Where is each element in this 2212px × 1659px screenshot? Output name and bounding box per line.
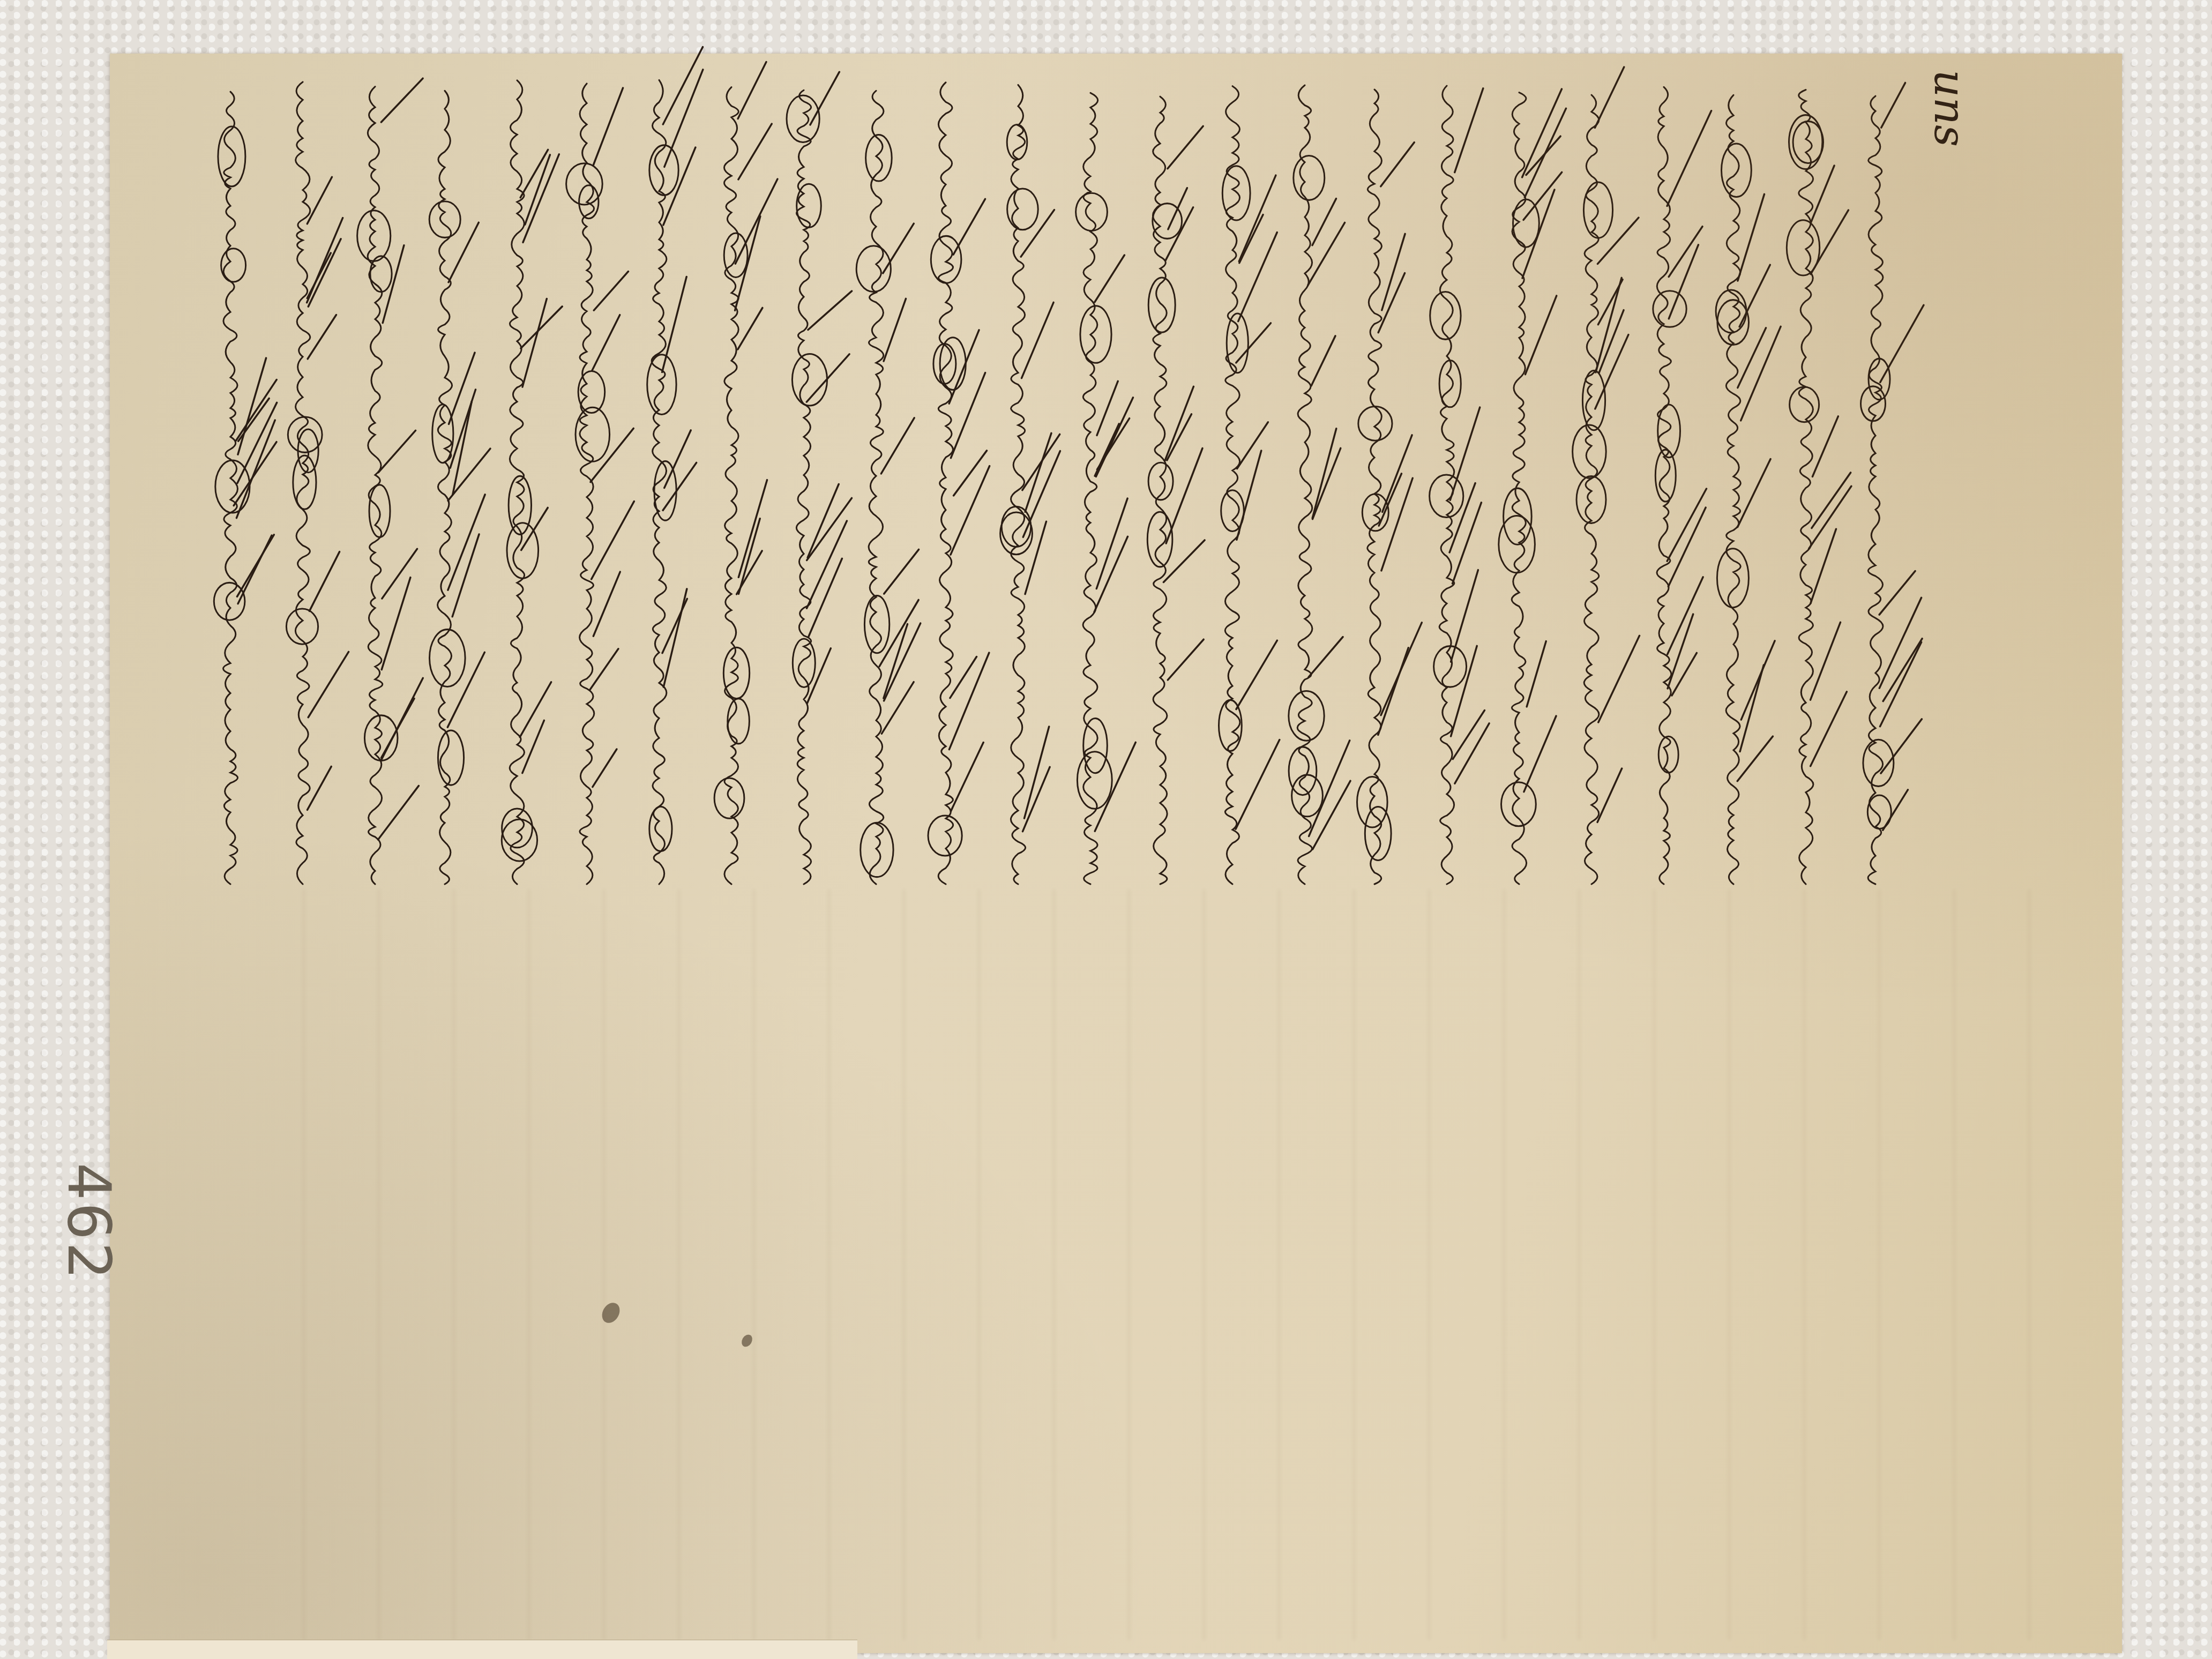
handwritten-line bbox=[1420, 86, 1474, 884]
handwritten-line bbox=[418, 86, 472, 884]
script-strokes bbox=[1420, 86, 1474, 884]
handwritten-line bbox=[1565, 86, 1618, 884]
handwritten-text-block bbox=[110, 54, 2122, 1653]
handwritten-line bbox=[1849, 86, 1902, 884]
handwritten-line bbox=[560, 86, 614, 884]
handwritten-line bbox=[991, 86, 1045, 884]
underlying-sheet-edge bbox=[107, 1640, 857, 1659]
script-strokes bbox=[1849, 86, 1902, 884]
script-strokes bbox=[276, 86, 330, 884]
script-strokes bbox=[1779, 86, 1833, 884]
script-strokes bbox=[777, 86, 831, 884]
script-strokes bbox=[1064, 86, 1117, 884]
manuscript-page: uns bbox=[110, 54, 2122, 1653]
script-strokes bbox=[1278, 86, 1332, 884]
script-strokes bbox=[1206, 86, 1259, 884]
script-strokes bbox=[204, 86, 257, 884]
script-strokes bbox=[1637, 86, 1691, 884]
handwritten-line bbox=[1637, 86, 1691, 884]
script-strokes bbox=[490, 86, 544, 884]
handwritten-line bbox=[849, 86, 903, 884]
handwritten-line bbox=[1492, 86, 1546, 884]
handwritten-line bbox=[632, 86, 686, 884]
pencil-page-number: 462 bbox=[55, 1163, 123, 1282]
script-strokes bbox=[1133, 86, 1187, 884]
script-strokes bbox=[919, 86, 973, 884]
catchword: uns bbox=[1925, 70, 1975, 147]
handwritten-line bbox=[705, 86, 758, 884]
handwritten-line bbox=[348, 86, 402, 884]
script-strokes bbox=[1565, 86, 1618, 884]
handwritten-line bbox=[204, 86, 257, 884]
handwritten-line bbox=[1779, 86, 1833, 884]
script-strokes bbox=[991, 86, 1045, 884]
script-strokes bbox=[632, 86, 686, 884]
handwritten-line bbox=[919, 86, 973, 884]
handwritten-line bbox=[1348, 86, 1401, 884]
handwritten-line bbox=[1064, 86, 1117, 884]
handwritten-line bbox=[490, 86, 544, 884]
handwritten-line bbox=[276, 86, 330, 884]
script-strokes bbox=[705, 86, 758, 884]
script-strokes bbox=[1348, 86, 1401, 884]
handwritten-line bbox=[1278, 86, 1332, 884]
script-strokes bbox=[1707, 86, 1760, 884]
handwritten-line bbox=[1133, 86, 1187, 884]
handwritten-line bbox=[1206, 86, 1259, 884]
script-strokes bbox=[348, 86, 402, 884]
handwritten-line bbox=[777, 86, 831, 884]
script-strokes bbox=[1492, 86, 1546, 884]
script-strokes bbox=[418, 86, 472, 884]
handwritten-line bbox=[1707, 86, 1760, 884]
script-strokes bbox=[560, 86, 614, 884]
script-strokes bbox=[849, 86, 903, 884]
